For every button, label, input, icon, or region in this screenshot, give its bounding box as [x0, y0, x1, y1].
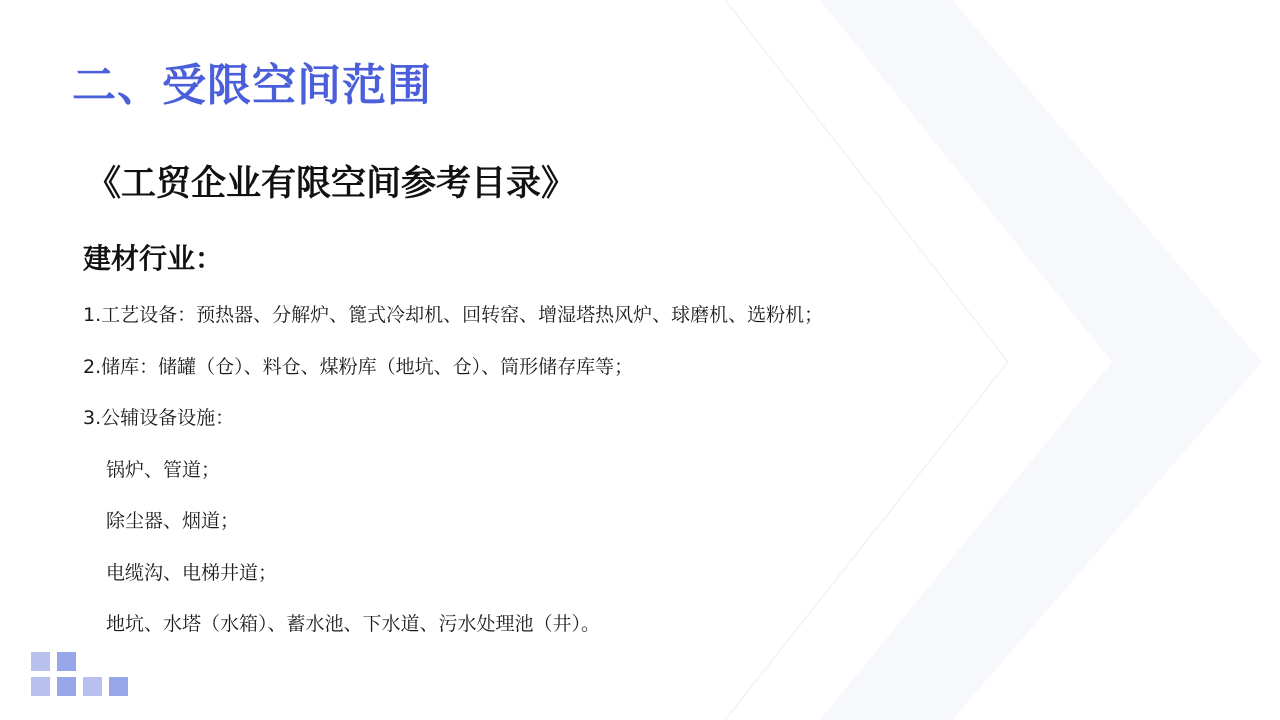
catalog-title: 《工贸企业有限空间参考目录》 [86, 160, 576, 208]
deco-square [57, 677, 76, 696]
deco-square [109, 677, 128, 696]
deco-square [31, 652, 50, 671]
industry-heading: 建材行业： [83, 238, 223, 280]
deco-square [57, 652, 76, 671]
decorative-squares [31, 652, 131, 697]
content-list: 1.工艺设备：预热器、分解炉、篦式冷却机、回转窑、增湿塔热风炉、球磨机、选粉机；… [83, 302, 823, 663]
content-line-boiler-pipes: 锅炉、管道； [83, 457, 823, 509]
deco-square [83, 677, 102, 696]
slide-title: 二、受限空间范围 [72, 58, 432, 114]
content-line-storage: 2.储库：储罐（仓）、料仓、煤粉库（地坑、仓）、筒形储存库等； [83, 354, 823, 406]
chevron-shape [820, 0, 1262, 720]
content-line-pits-tanks-sewers: 地坑、水塔（水箱）、蓄水池、下水道、污水处理池（井）。 [83, 611, 823, 663]
content-line-cable-trench-elevator: 电缆沟、电梯井道； [83, 560, 823, 612]
content-line-auxiliary-facilities: 3.公辅设备设施： [83, 405, 823, 457]
content-line-dust-collector-flue: 除尘器、烟道； [83, 508, 823, 560]
deco-square [31, 677, 50, 696]
content-line-process-equipment: 1.工艺设备：预热器、分解炉、篦式冷却机、回转窑、增湿塔热风炉、球磨机、选粉机； [83, 302, 823, 354]
